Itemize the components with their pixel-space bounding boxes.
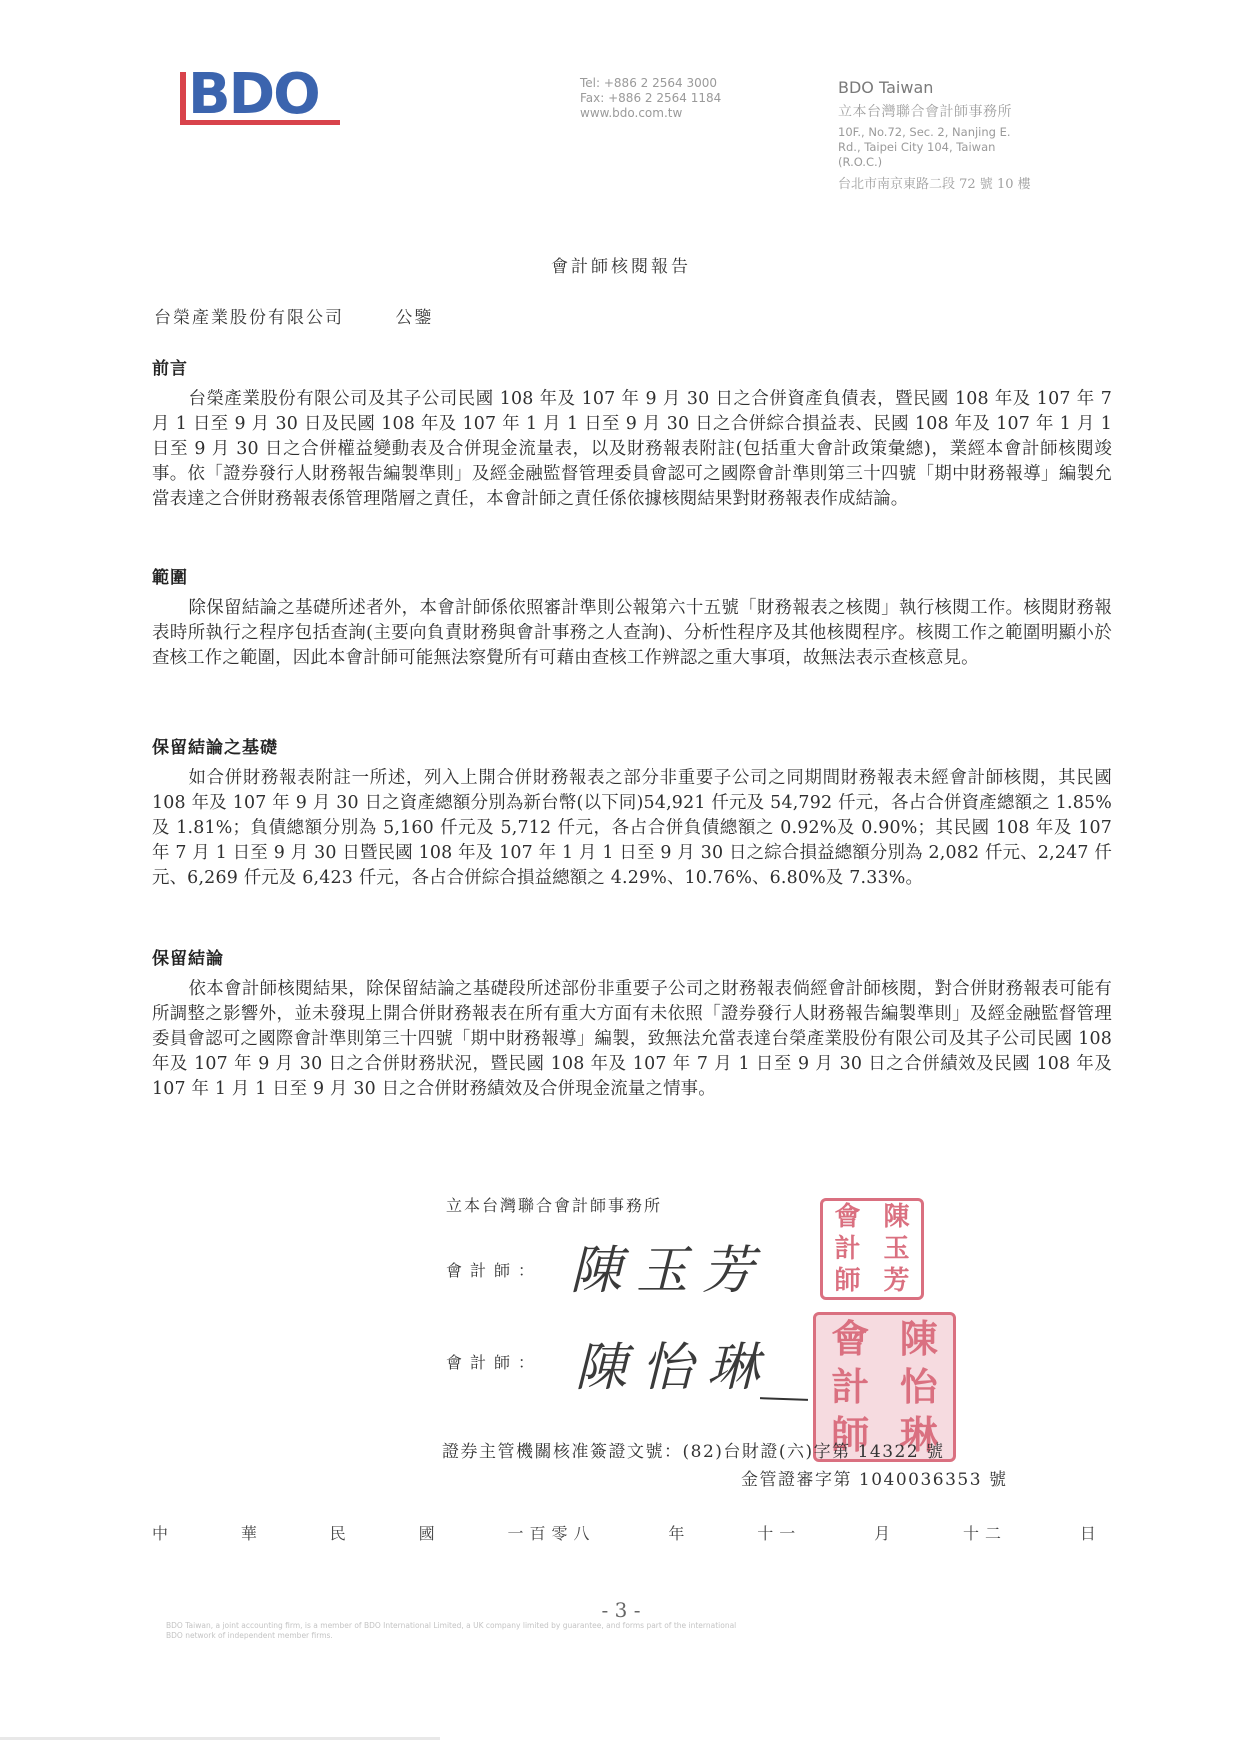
- section-basis-qualified-conclusion: 保留結論之基礎 如合併財務報表附註一所述，列入上開合併財務報表之部分非重要子公司…: [152, 733, 1112, 891]
- logo-wordmark: BDO: [188, 62, 319, 127]
- section-qualified-conclusion: 保留結論 依本會計師核閱結果，除保留結論之基礎段所述部份非重要子公司之財務報表倘…: [152, 944, 1112, 1102]
- seal-char: 會: [816, 1320, 885, 1358]
- office-name-cn: 立本台灣聯合會計師事務所: [838, 101, 1031, 121]
- section-heading: 前言: [152, 354, 1112, 379]
- bdo-logo: BDO: [180, 70, 350, 130]
- section-body: 如合併財務報表附註一所述，列入上開合併財務報表之部分非重要子公司之同期間財務報表…: [152, 766, 1112, 891]
- section-scope: 範圍 除保留結論之基礎所述者外，本會計師係依照審計準則公報第六十五號「財務報表之…: [152, 563, 1112, 671]
- signature-stroke: [760, 1397, 808, 1401]
- seal-char: 陳: [872, 1204, 921, 1230]
- date-part: 日: [1080, 1521, 1096, 1544]
- signer-2-label: 會計師：: [446, 1350, 542, 1373]
- section-body: 台榮產業股份有限公司及其子公司民國 108 年及 107 年 9 月 30 日之…: [152, 387, 1112, 512]
- seal-char: 計: [816, 1368, 885, 1406]
- signer-1-handwritten-signature: 陳玉芳: [570, 1228, 768, 1303]
- date-part: 月: [874, 1521, 890, 1544]
- logo-red-bar-vertical: [180, 72, 186, 122]
- date-part: 華: [241, 1521, 257, 1544]
- seal-stamp-1: 會 陳 計 玉 師 芳: [820, 1198, 924, 1300]
- signer-1-label: 會計師：: [446, 1258, 542, 1281]
- section-introduction: 前言 台榮產業股份有限公司及其子公司民國 108 年及 107 年 9 月 30…: [152, 354, 1112, 512]
- address-cn: 台北市南京東路二段 72 號 10 樓: [838, 173, 1031, 192]
- document-title: 會計師核閱報告: [0, 252, 1242, 277]
- website-link[interactable]: www.bdo.com.tw: [580, 106, 721, 121]
- section-heading: 保留結論: [152, 944, 1112, 969]
- seal-char: 玉: [872, 1236, 921, 1262]
- seal-char: 會: [823, 1204, 872, 1230]
- signer-2-handwritten-signature: 陳怡琳: [575, 1325, 773, 1400]
- seal-char: 計: [823, 1236, 872, 1262]
- office-brand: BDO Taiwan: [838, 78, 1031, 97]
- section-heading: 範圍: [152, 563, 1112, 588]
- section-heading: 保留結論之基礎: [152, 733, 1112, 758]
- seal-char: 陳: [885, 1320, 954, 1358]
- contact-info: Tel: +886 2 2564 3000 Fax: +886 2 2564 1…: [580, 76, 721, 121]
- disclaimer-line-1: BDO Taiwan, a joint accounting firm, is …: [166, 1621, 1066, 1631]
- report-date: 中 華 民 國 一百零八 年 十一 月 十二 日: [152, 1521, 1096, 1544]
- seal-char: 師: [823, 1268, 872, 1294]
- addressee-company: 台榮產業股份有限公司: [154, 308, 344, 328]
- address-en-line-3: (R.O.C.): [838, 155, 1031, 170]
- date-part: 一百零八: [508, 1521, 596, 1544]
- firm-name: 立本台灣聯合會計師事務所: [446, 1193, 662, 1216]
- addressee: 台榮產業股份有限公司 公鑒: [154, 303, 433, 328]
- address-en-line-1: 10F., No.72, Sec. 2, Nanjing E.: [838, 125, 1031, 140]
- footer-disclaimer: BDO Taiwan, a joint accounting firm, is …: [166, 1621, 1066, 1641]
- seal-char: 怡: [885, 1368, 954, 1406]
- addressee-greeting: 公鑒: [395, 308, 433, 328]
- office-address: BDO Taiwan 立本台灣聯合會計師事務所 10F., No.72, Sec…: [838, 78, 1031, 192]
- date-part: 十一: [757, 1521, 801, 1544]
- date-part: 中: [152, 1521, 168, 1544]
- approval-number-2: 金管證審字第 1040036353 號: [741, 1465, 1007, 1490]
- section-body: 除保留結論之基礎所述者外，本會計師係依照審計準則公報第六十五號「財務報表之核閱」…: [152, 596, 1112, 671]
- disclaimer-line-2: BDO network of independent member firms.: [166, 1631, 1066, 1641]
- approval-number-1: 證券主管機關核准簽證文號：(82)台財證(六)字第 14322 號: [442, 1437, 945, 1462]
- page-number: - 3 -: [0, 1598, 1242, 1622]
- fax: Fax: +886 2 2564 1184: [580, 91, 721, 106]
- date-part: 十二: [963, 1521, 1007, 1544]
- date-part: 年: [668, 1521, 684, 1544]
- section-body: 依本會計師核閱結果，除保留結論之基礎段所述部份非重要子公司之財務報表倘經會計師核…: [152, 977, 1112, 1102]
- address-en-line-2: Rd., Taipei City 104, Taiwan: [838, 140, 1031, 155]
- tel: Tel: +886 2 2564 3000: [580, 76, 721, 91]
- seal-char: 芳: [872, 1268, 921, 1294]
- scan-edge-line: [0, 1737, 440, 1740]
- date-part: 民: [330, 1521, 346, 1544]
- date-part: 國: [419, 1521, 435, 1544]
